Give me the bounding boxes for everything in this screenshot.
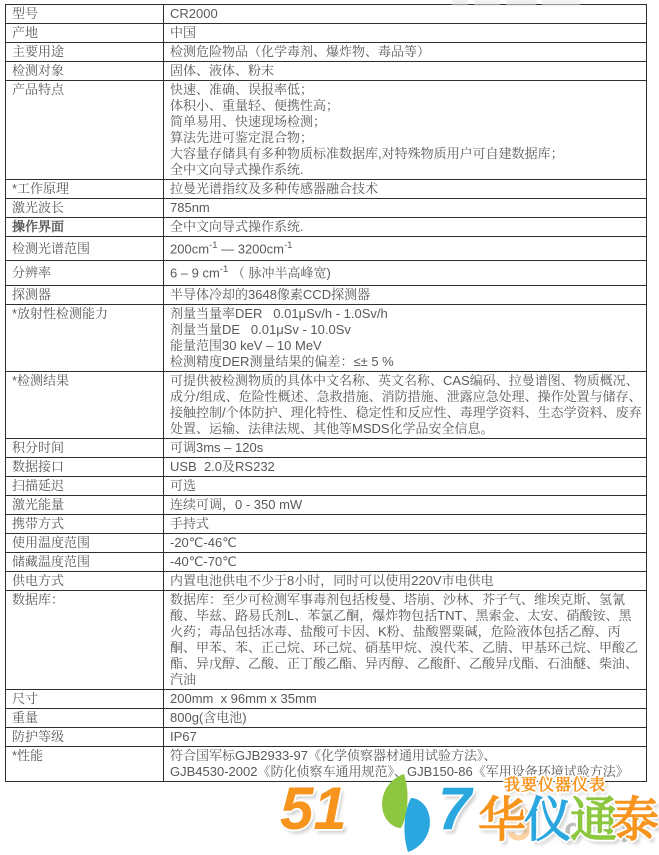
spec-label: 积分时间	[6, 438, 164, 457]
table-row: *工作原理拉曼光谱指纹及多种传感器融合技术	[6, 180, 647, 199]
table-row: 尺寸200mm x 96mm x 35mm	[6, 689, 647, 708]
logo-char-hua: 华	[478, 797, 526, 845]
spec-value: 可提供被检测物质的具体中文名称、英文名称、CAS编码、拉曼谱图、物质概况、成分/…	[164, 371, 647, 438]
spec-label: 扫描延迟	[6, 476, 164, 495]
superscript: -1	[284, 240, 292, 251]
spec-label: 产品特点	[6, 81, 164, 180]
table-row: 产品特点快速、准确、误报率低； 体积小、重量轻、便携性高； 简单易用、快速现场检…	[6, 81, 647, 180]
spec-value: 数据库：至少可检测军事毒剂包括梭曼、塔崩、沙林、芥子气、维埃克斯、氢氰酸、毕兹、…	[164, 590, 647, 689]
spec-value: 可调3ms – 120s	[164, 438, 647, 457]
table-row: 型号CR2000	[6, 5, 647, 24]
spec-label: 操作界面	[6, 218, 164, 237]
table-row: 操作界面全中文向导式操作系统.	[6, 218, 647, 237]
spec-value: 快速、准确、误报率低； 体积小、重量轻、便携性高； 简单易用、快速现场检测； 算…	[164, 81, 647, 180]
leaf-swirl-icon	[374, 771, 438, 855]
spec-label: 使用温度范围	[6, 533, 164, 552]
spec-value: 检测危险物品（化学毒剂、爆炸物、毒品等）	[164, 43, 647, 62]
spec-label: 探测器	[6, 285, 164, 304]
spec-value: 6 – 9 cm-1 （ 脉冲半高峰宽)	[164, 261, 647, 285]
spec-label: 尺寸	[6, 689, 164, 708]
spec-value: 可选	[164, 476, 647, 495]
spec-value: 连续可调，0 - 350 mW	[164, 495, 647, 514]
spec-value: 200cm-1 — 3200cm-1	[164, 237, 647, 261]
spec-label: 供电方式	[6, 571, 164, 590]
spec-value: USB 2.0及RS232	[164, 457, 647, 476]
logo-number-7: 7	[438, 779, 471, 839]
faded-watermark-smudge	[452, 0, 580, 6]
table-row: 激光能量连续可调，0 - 350 mW	[6, 495, 647, 514]
logo-tagline: 我要仪器仪表	[504, 772, 606, 795]
logo-char-yi: 仪	[524, 797, 572, 845]
spec-label: 数据库：	[6, 590, 164, 689]
spec-label: 型号	[6, 5, 164, 24]
spec-value-text: 200cm	[170, 241, 209, 256]
spec-value: 固体、液体、粉末	[164, 62, 647, 81]
spec-label: 携带方式	[6, 514, 164, 533]
table-row: 重量800g(含电池)	[6, 708, 647, 727]
spec-value: -40℃-70℃	[164, 552, 647, 571]
spec-value: 内置电池供电不少于8小时，同时可以使用220V市电供电	[164, 571, 647, 590]
spec-label: 分辨率	[6, 261, 164, 285]
table-row: *放射性检测能力剂量当量率DER 0.01μSv/h - 1.0Sv/h 剂量当…	[6, 304, 647, 371]
spec-value-text: （ 脉冲半高峰宽)	[228, 266, 331, 281]
table-row: 扫描延迟可选	[6, 476, 647, 495]
table-row: 防护等级IP67	[6, 727, 647, 746]
spec-value: 785nm	[164, 199, 647, 218]
spec-value: 全中文向导式操作系统.	[164, 218, 647, 237]
table-row: 主要用途检测危险物品（化学毒剂、爆炸物、毒品等）	[6, 43, 647, 62]
spec-label: 检测光谱范围	[6, 237, 164, 261]
logo-char-tai: 泰	[611, 797, 659, 845]
spec-label: *工作原理	[6, 180, 164, 199]
product-spec-table: 型号CR2000 产地中国 主要用途检测危险物品（化学毒剂、爆炸物、毒品等） 检…	[5, 4, 647, 782]
spec-label: 激光波长	[6, 199, 164, 218]
table-row: 数据接口USB 2.0及RS232	[6, 457, 647, 476]
spec-label: 激光能量	[6, 495, 164, 514]
table-row: 分辨率6 – 9 cm-1 （ 脉冲半高峰宽)	[6, 261, 647, 285]
spec-label: 主要用途	[6, 43, 164, 62]
table-row: 储藏温度范围-40℃-70℃	[6, 552, 647, 571]
table-row: 数据库：数据库：至少可检测军事毒剂包括梭曼、塔崩、沙林、芥子气、维埃克斯、氢氰酸…	[6, 590, 647, 689]
spec-value: 800g(含电池)	[164, 708, 647, 727]
spec-value: 拉曼光谱指纹及多种传感器融合技术	[164, 180, 647, 199]
spec-label: 储藏温度范围	[6, 552, 164, 571]
table-row: 使用温度范围-20℃-46℃	[6, 533, 647, 552]
site-watermark-logo: 51 7 9 c 丨 华 仪 通 泰 我要仪器仪表	[278, 770, 659, 855]
spec-value-text: 6 – 9 cm	[170, 266, 220, 281]
spec-label: 产地	[6, 24, 164, 43]
spec-label: 重量	[6, 708, 164, 727]
spec-value: IP67	[164, 727, 647, 746]
spec-label: 检测对象	[6, 62, 164, 81]
table-row: *检测结果可提供被检测物质的具体中文名称、英文名称、CAS编码、拉曼谱图、物质概…	[6, 371, 647, 438]
spec-value: 剂量当量率DER 0.01μSv/h - 1.0Sv/h 剂量当量DE 0.01…	[164, 304, 647, 371]
spec-label: 防护等级	[6, 727, 164, 746]
table-row: 探测器半导体冷却的3648像素CCD探测器	[6, 285, 647, 304]
logo-number-51: 51	[280, 779, 347, 839]
table-row: 检测光谱范围200cm-1 — 3200cm-1	[6, 237, 647, 261]
table-row: 产地中国	[6, 24, 647, 43]
table-row: 积分时间可调3ms – 120s	[6, 438, 647, 457]
spec-value: 中国	[164, 24, 647, 43]
spec-value: 200mm x 96mm x 35mm	[164, 689, 647, 708]
table-row: 供电方式内置电池供电不少于8小时，同时可以使用220V市电供电	[6, 571, 647, 590]
spec-value: CR2000	[164, 5, 647, 24]
spec-label: *放射性检测能力	[6, 304, 164, 371]
table-row: 检测对象固体、液体、粉末	[6, 62, 647, 81]
spec-sheet-page: 型号CR2000 产地中国 主要用途检测危险物品（化学毒剂、爆炸物、毒品等） 检…	[0, 0, 659, 855]
spec-label: *检测结果	[6, 371, 164, 438]
spec-value: 手持式	[164, 514, 647, 533]
spec-label: *性能	[6, 746, 164, 781]
table-row: 携带方式手持式	[6, 514, 647, 533]
spec-value: 半导体冷却的3648像素CCD探测器	[164, 285, 647, 304]
spec-value: -20℃-46℃	[164, 533, 647, 552]
table-row: 激光波长785nm	[6, 199, 647, 218]
spec-value-text: — 3200cm	[217, 241, 283, 256]
spec-label: 数据接口	[6, 457, 164, 476]
